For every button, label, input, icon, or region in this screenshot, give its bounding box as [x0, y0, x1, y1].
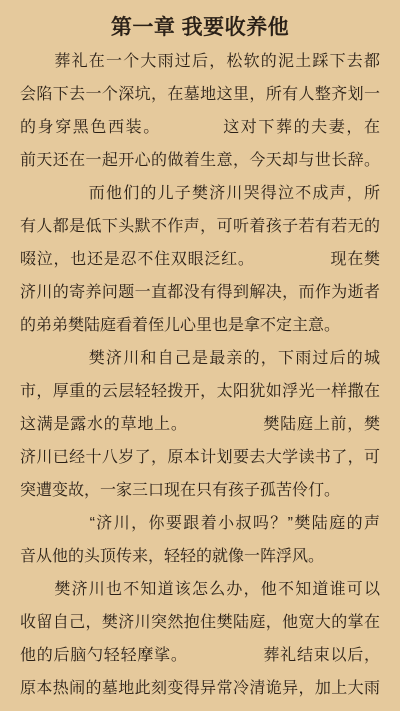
text-line: 有人都是低下头默不作声，可听着孩子若有若无的	[20, 210, 380, 243]
text-line: 啜泣，也还是忍不住双眼泛红。 现在樊	[20, 243, 380, 276]
text-line: 突遭变故，一家三口现在只有孩子孤苦伶仃。	[20, 474, 380, 507]
text-line: 音从他的头顶传来，轻轻的就像一阵浮风。	[20, 540, 380, 573]
text-line: 他的后脑勺轻轻摩挲。 葬礼结束以后，	[20, 639, 380, 672]
text-line: 市，厚重的云层轻轻拨开，太阳犹如浮光一样撒在	[20, 375, 380, 408]
chapter-title: 第一章 我要收养他	[20, 11, 380, 45]
text-line: 的弟弟樊陆庭看着侄儿心里也是拿不定主意。	[20, 309, 380, 342]
text-line: 葬礼在一个大雨过后，松软的泥土踩下去都	[20, 45, 380, 78]
text-line: 这满是露水的草地上。 樊陆庭上前，樊	[20, 408, 380, 441]
text-line: “济川，你要跟着小叔吗？”樊陆庭的声	[20, 507, 380, 540]
text-line: 济川的寄养问题一直都没有得到解决，而作为逝者	[20, 276, 380, 309]
text-line: 而他们的儿子樊济川哭得泣不成声，所	[20, 177, 380, 210]
reader-page[interactable]: 第一章 我要收养他 葬礼在一个大雨过后，松软的泥土踩下去都 会陷下去一个深坑，在…	[0, 0, 400, 711]
text-line: 会陷下去一个深坑，在墓地这里，所有人整齐划一	[20, 78, 380, 111]
text-line: 樊济川和自己是最亲的，下雨过后的城	[20, 342, 380, 375]
text-line: 樊济川也不知道该怎么办，他不知道谁可以	[20, 573, 380, 606]
text-line: 的身穿黑色西装。 这对下葬的夫妻，在	[20, 111, 380, 144]
text-line: 济川已经十八岁了，原本计划要去大学读书了，可	[20, 441, 380, 474]
text-line: 收留自己，樊济川突然抱住樊陆庭，他宽大的掌在	[20, 606, 380, 639]
text-line: 前天还在一起开心的做着生意，今天却与世长辞。	[20, 144, 380, 177]
text-line: 原本热闹的墓地此刻变得异常冷清诡异，加上大雨	[20, 672, 380, 705]
chapter-body: 葬礼在一个大雨过后，松软的泥土踩下去都 会陷下去一个深坑，在墓地这里，所有人整齐…	[20, 45, 380, 705]
